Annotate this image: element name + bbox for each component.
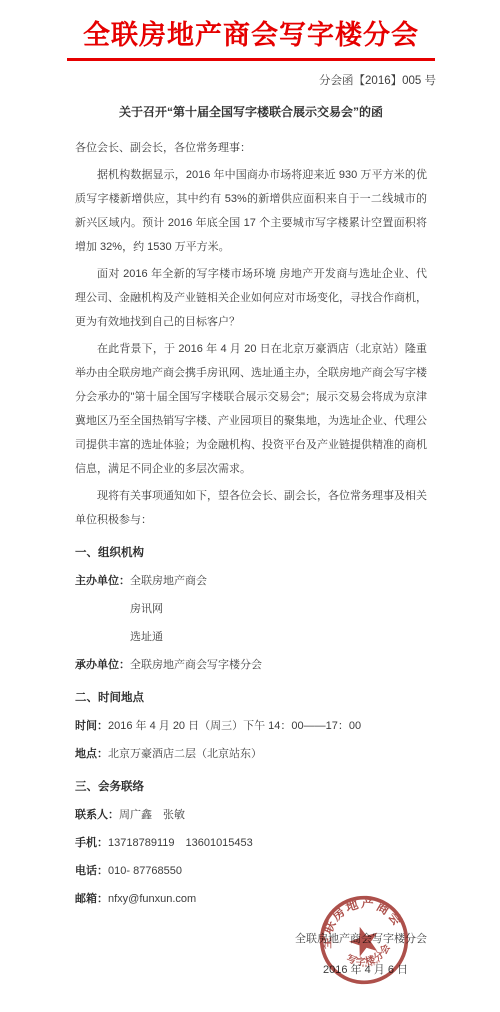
letter-subject: 关于召开“第十届全国写字楼联合展示交易会”的函	[75, 104, 427, 120]
email-value: nfxy@funxun.com	[108, 893, 196, 905]
section-time-place: 二、时间地点 时间：2016 年 4 月 20 日（周三）下午 14：00——1…	[75, 686, 427, 766]
org-row-host: 主办单位：全联房地产商会	[75, 569, 427, 593]
letter-header: 全联房地产商会写字楼分会 分会函【2016】005 号 关于召开“第十届全国写字…	[75, 0, 427, 120]
section-heading: 二、时间地点	[75, 686, 427, 710]
row-value: 全联房地产商会	[130, 575, 207, 587]
document-page: 全联房地产商会写字楼分会 分会函【2016】005 号 关于召开“第十届全国写字…	[0, 0, 500, 1012]
row-value: 房讯网	[130, 603, 163, 615]
org-row-organizer: 承办单位：全联房地产商会写字楼分会	[75, 653, 427, 677]
letter-body: 各位会长、副会长，各位常务理事： 据机构数据显示，2016 年中国商办市场将迎来…	[75, 136, 427, 911]
row-label: 手机：	[75, 837, 108, 849]
time-row: 时间：2016 年 4 月 20 日（周三）下午 14：00——17：00	[75, 714, 427, 738]
row-label: 时间：	[75, 720, 108, 732]
row-value: 全联房地产商会写字楼分会	[130, 659, 262, 671]
body-paragraph: 面对 2016 年全新的写字楼市场环境 房地产开发商与选址企业、代理公司、金融机…	[75, 262, 427, 334]
org-row-host-3: 选址通	[75, 625, 427, 649]
row-value: 周广鑫 张敏	[119, 809, 185, 821]
row-value: 北京万豪酒店二层（北京站东）	[108, 748, 262, 760]
title-divider	[67, 58, 435, 61]
row-value: 13718789119 13601015453	[108, 837, 253, 849]
greeting-line: 各位会长、副会长，各位常务理事：	[75, 136, 427, 160]
row-label: 地点：	[75, 748, 108, 760]
body-paragraph: 现将有关事项通知如下，望各位会长、副会长，各位常务理事及相关单位积极参与：	[75, 484, 427, 532]
row-label: 邮箱：	[75, 893, 108, 905]
body-paragraph: 在此背景下，于 2016 年 4 月 20 日在北京万豪酒店（北京站）隆重举办由…	[75, 337, 427, 481]
row-value: 010- 87768550	[108, 865, 182, 877]
section-heading: 三、会务联络	[75, 775, 427, 799]
doc-number: 分会函【2016】005 号	[75, 74, 436, 89]
signature-block: 全联房地产商会写字楼分会 2016 年 4 月 6 日	[75, 927, 427, 982]
org-row-host-2: 房讯网	[75, 597, 427, 621]
email-row: 邮箱：nfxy@funxun.com	[75, 887, 427, 911]
row-value: 2016 年 4 月 20 日（周三）下午 14：00——17：00	[108, 720, 361, 732]
row-label: 承办单位：	[75, 659, 130, 671]
row-label: 联系人：	[75, 809, 119, 821]
page-title: 全联房地产商会写字楼分会	[75, 0, 427, 52]
row-label: 电话：	[75, 865, 108, 877]
section-contact: 三、会务联络 联系人：周广鑫 张敏 手机：13718789119 1360101…	[75, 775, 427, 911]
section-heading: 一、组织机构	[75, 541, 427, 565]
phone-row: 电话：010- 87768550	[75, 859, 427, 883]
row-label: 主办单位：	[75, 575, 130, 587]
place-row: 地点：北京万豪酒店二层（北京站东）	[75, 742, 427, 766]
body-paragraph: 据机构数据显示，2016 年中国商办市场将迎来近 930 万平方米的优质写字楼新…	[75, 163, 427, 259]
contact-person-row: 联系人：周广鑫 张敏	[75, 803, 427, 827]
signature-org: 全联房地产商会写字楼分会	[75, 927, 427, 951]
row-value: 选址通	[130, 631, 163, 643]
section-organization: 一、组织机构 主办单位：全联房地产商会 房讯网 选址通 承办单位：全联房地产商会…	[75, 541, 427, 677]
mobile-row: 手机：13718789119 13601015453	[75, 831, 427, 855]
signature-date: 2016 年 4 月 6 日	[75, 958, 408, 982]
